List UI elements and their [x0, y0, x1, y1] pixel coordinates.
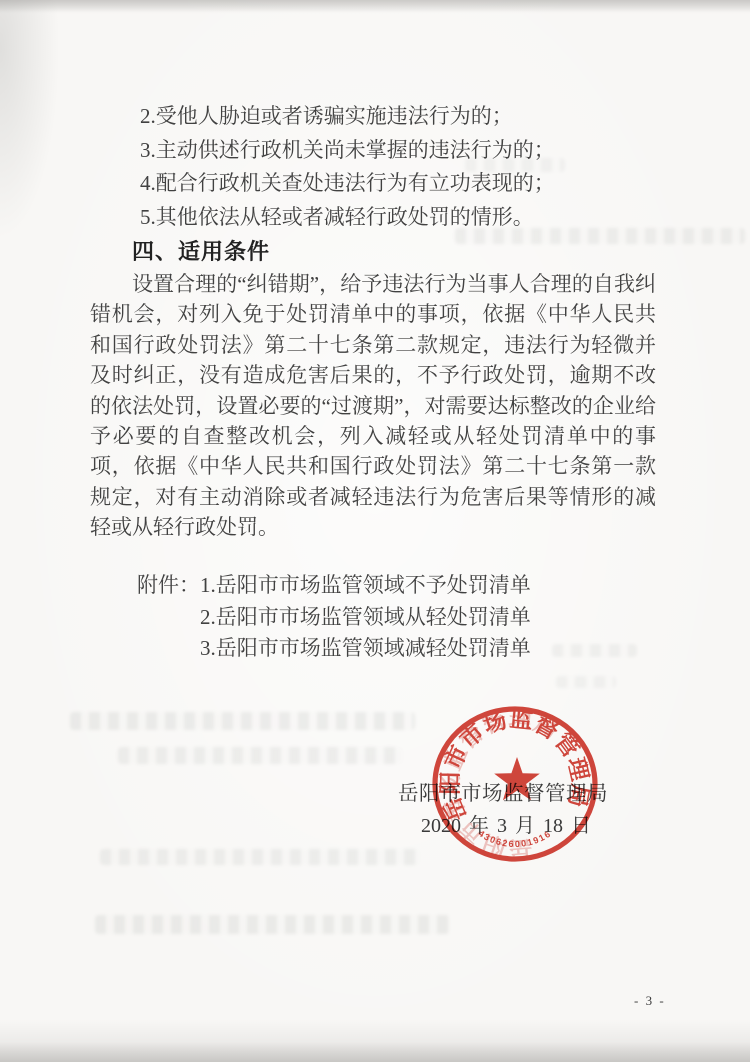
- page-edge-shadow-corner: [0, 0, 60, 240]
- attachments-block: 附件： 1.岳阳市市场监管领域不予处罚清单 2.岳阳市市场监管领域从轻处罚清单 …: [137, 570, 531, 665]
- bleed-through-artifact: [100, 849, 420, 865]
- list-item: 4.配合行政机关查处违法行为有立功表现的；: [140, 167, 555, 201]
- seal-star-icon: [494, 757, 540, 800]
- section-heading: 四、适用条件: [132, 235, 270, 266]
- official-seal: 岳阳市市场监督管理局 岳阳市市场监督管理局 430626001916: [423, 699, 607, 875]
- list-item: 3.主动供述行政机关尚未掌握的违法行为的；: [140, 134, 555, 168]
- bleed-through-artifact: [95, 915, 450, 934]
- body-paragraph: 设置合理的“纠错期”，给予违法行为当事人合理的自我纠错机会，对列入免于处罚清单中…: [90, 269, 656, 543]
- list-item: 5.其他依法从轻或者减轻行政处罚的情形。: [140, 201, 555, 235]
- seal-arc-text: 岳阳市市场监督管理局: [429, 699, 596, 825]
- bleed-through-artifact: [70, 712, 415, 730]
- attachments-label: 附件：: [137, 570, 200, 665]
- bleed-through-artifact: [556, 676, 616, 688]
- bleed-through-artifact: [552, 644, 637, 657]
- page-edge-shadow-top: [0, 0, 750, 12]
- document-page: 2.受他人胁迫或者诱骗实施违法行为的； 3.主动供述行政机关尚未掌握的违法行为的…: [0, 0, 750, 1062]
- attachment-item: 1.岳阳市市场监管领域不予处罚清单: [200, 570, 531, 602]
- attachments-list: 1.岳阳市市场监管领域不予处罚清单 2.岳阳市市场监管领域从轻处罚清单 3.岳阳…: [200, 570, 531, 665]
- page-number: - 3 -: [634, 993, 666, 1009]
- bleed-through-artifact: [118, 747, 403, 764]
- list-item: 2.受他人胁迫或者诱骗实施违法行为的；: [140, 100, 555, 134]
- attachment-item: 3.岳阳市市场监管领域减轻处罚清单: [200, 633, 531, 665]
- mitigation-list: 2.受他人胁迫或者诱骗实施违法行为的； 3.主动供述行政机关尚未掌握的违法行为的…: [140, 100, 555, 234]
- page-edge-shadow-bottom: [0, 1042, 750, 1062]
- attachment-item: 2.岳阳市市场监管领域从轻处罚清单: [200, 602, 531, 634]
